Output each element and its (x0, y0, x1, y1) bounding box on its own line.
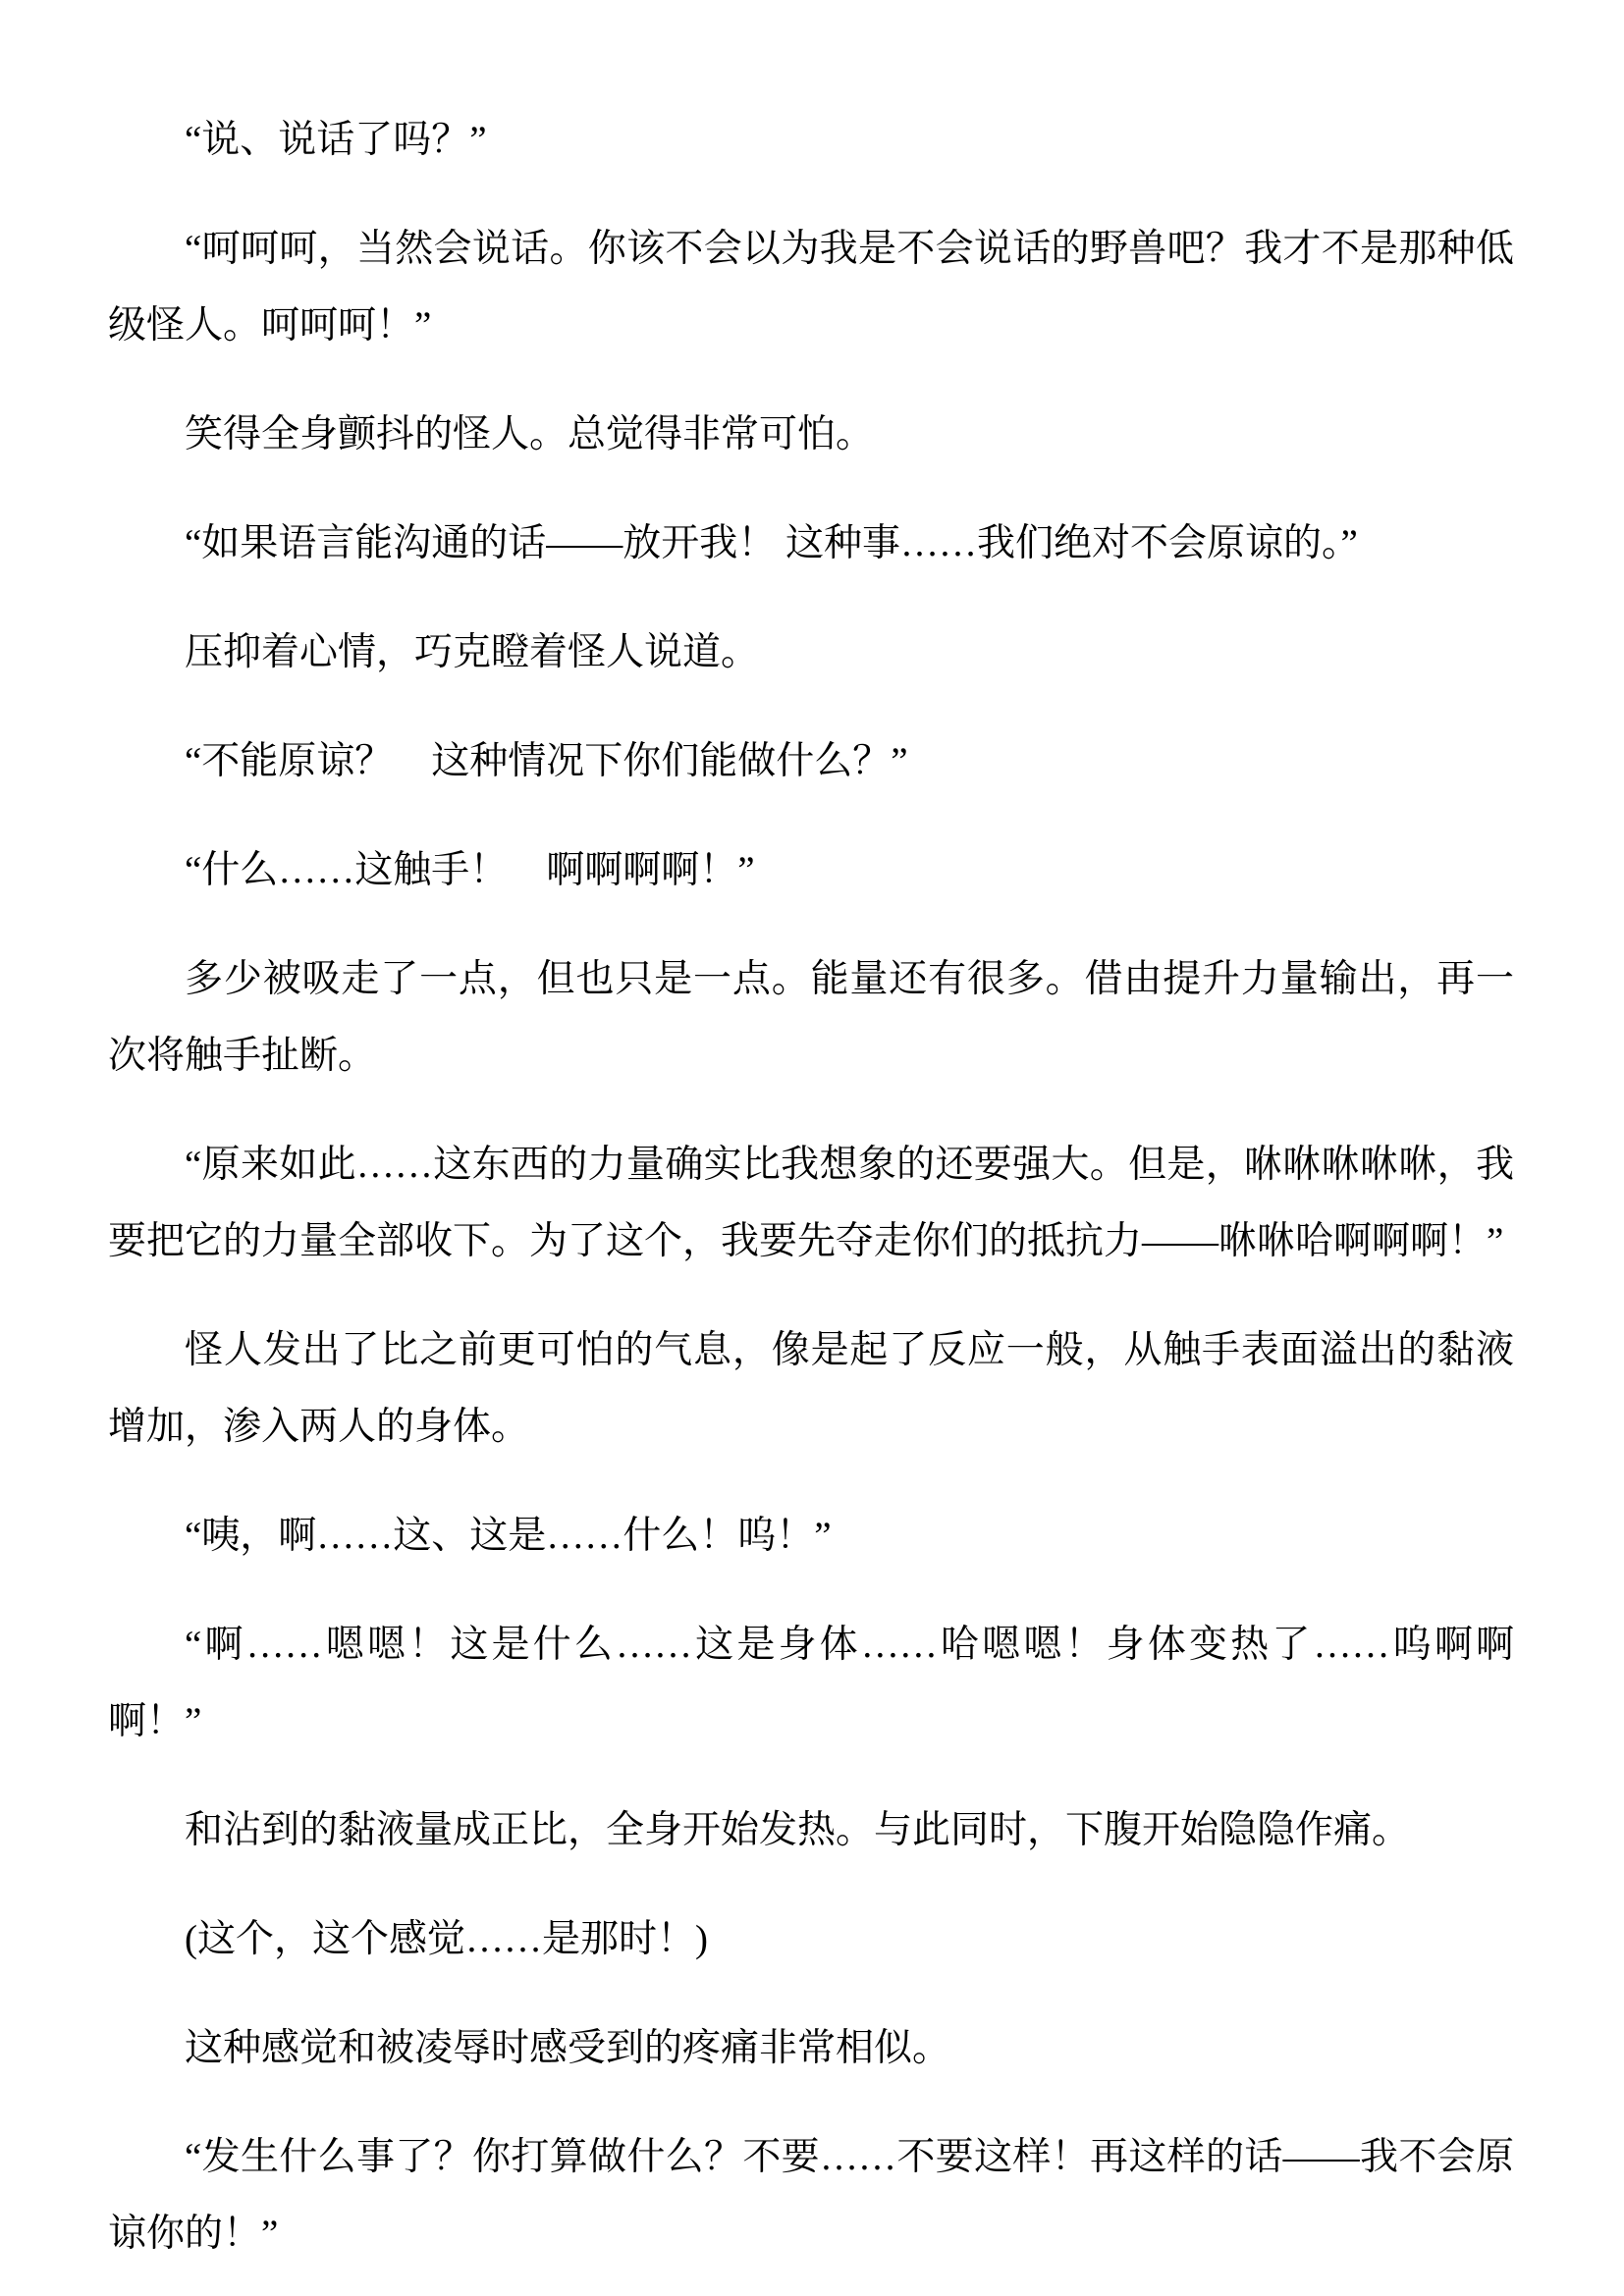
paragraph-dialogue-8: “啊……嗯嗯！这是什么……这是身体……哈嗯嗯！身体变热了……呜啊啊啊！” (108, 1607, 1514, 1760)
paragraph-narration-5: 和沾到的黏液量成正比，全身开始发热。与此同时，下腹开始隐隐作痛。 (108, 1792, 1514, 1869)
paragraph-narration-4: 怪人发出了比之前更可怕的气息，像是起了反应一般，从触手表面溢出的黏液增加，渗入两… (108, 1312, 1514, 1466)
paragraph-narration-3: 多少被吸走了一点，但也只是一点。能量还有很多。借由提升力量输出，再一次将触手扯断… (108, 941, 1514, 1095)
paragraph-narration-2: 压抑着心情，巧克瞪着怪人说道。 (108, 614, 1514, 691)
paragraph-dialogue-3: “如果语言能沟通的话——放开我！ 这种事……我们绝对不会原谅的。” (108, 506, 1514, 582)
paragraph-dialogue-6: “原来如此……这东西的力量确实比我想象的还要强大。但是，咻咻咻咻咻，我要把它的力… (108, 1127, 1514, 1280)
paragraph-thought-1: (这个，这个感觉……是那时！) (108, 1901, 1514, 1978)
paragraph-dialogue-4: “不能原谅？ 这种情况下你们能做什么？” (108, 723, 1514, 800)
paragraph-dialogue-7: “咦，啊……这、这是……什么！呜！” (108, 1498, 1514, 1575)
paragraph-narration-1: 笑得全身颤抖的怪人。总觉得非常可怕。 (108, 397, 1514, 473)
paragraph-dialogue-1: “说、说话了吗？” (108, 102, 1514, 179)
paragraph-dialogue-2: “呵呵呵，当然会说话。你该不会以为我是不会说话的野兽吧？我才不是那种低级怪人。呵… (108, 211, 1514, 364)
paragraph-dialogue-5: “什么……这触手！ 啊啊啊啊！” (108, 832, 1514, 909)
paragraph-dialogue-9: “发生什么事了？你打算做什么？不要……不要这样！再这样的话——我不会原谅你的！” (108, 2119, 1514, 2272)
document-page: “说、说话了吗？” “呵呵呵，当然会说话。你该不会以为我是不会说话的野兽吧？我才… (0, 0, 1624, 2296)
paragraph-narration-6: 这种感觉和被凌辱时感受到的疼痛非常相似。 (108, 2010, 1514, 2087)
